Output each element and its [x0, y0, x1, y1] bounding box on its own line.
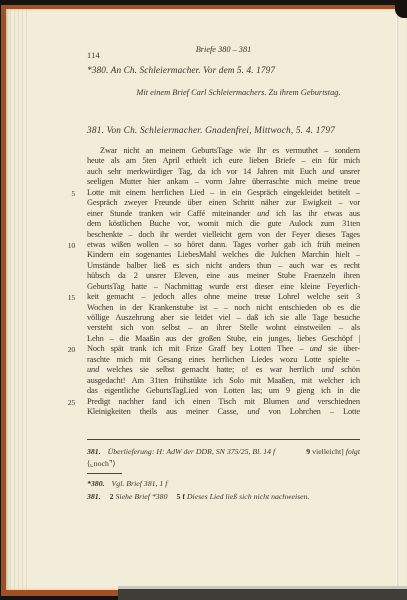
body-line-text: WocheninderKrankenstubeist––nochnichtent… [87, 303, 360, 313]
line-number: 20 [61, 345, 75, 355]
body-line-text: KinderneinsogenantesLiebesMahlwelchesdie… [87, 250, 360, 260]
body-line-text: seeligenMutterhierankam–vormJahreüberras… [87, 177, 360, 187]
body-line: verstehtsichvonselbst–anihrerStellewohnt… [87, 323, 360, 333]
body-line-text: ZwarnichtanmeinemGeburtsTagewieIhresverm… [100, 146, 360, 156]
body-line: heutealsam5tenAprilerhielticheureliebenB… [87, 156, 360, 166]
body-line-text: raschtemichmitGesangeinesherrlichenLiede… [87, 355, 360, 365]
body-line-text: hübschda2unsrerEleven,eineausmeinerStube… [87, 271, 360, 281]
body-line: GesprächzweyerFreundeübereinenSchrittnäh… [87, 198, 360, 208]
footnote-380: *380.Vgl. Brief 381, 1 f [87, 478, 360, 489]
page-header: 114 Briefe 380 – 381 [87, 45, 360, 57]
line-number: 10 [61, 241, 75, 251]
letter-380-subtitle-row: Mit einem Brief Carl Schleiermachers. Zu… [87, 88, 360, 97]
body-line: daseigentlicheGeburtsTagLiedvonLottenlas… [87, 386, 360, 396]
footnote-segment: 381. [87, 446, 101, 457]
body-line: demköstlichenBuchevor,womitmichdieguteAu… [87, 219, 360, 229]
page-gutter-line [396, 9, 397, 586]
body-line: undwelchessieselbstgemachthatte;o!eswarh… [87, 365, 360, 375]
footnote-segment: folgt [346, 446, 360, 457]
body-line: raschtemichmitGesangeinesherrlichenLiede… [87, 355, 360, 365]
body-line-text: Umständehalberließessichnichtandersthun–… [87, 261, 360, 271]
body-text: ZwarnichtanmeinemGeburtsTagewieIhresverm… [87, 146, 360, 417]
body-line: KleinigkeitentheilsausmeinerCasse,undvon… [87, 407, 360, 417]
body-line: völligeAuszehrungabersieleidetviel–daßic… [87, 313, 360, 323]
page-edge-stack [6, 9, 30, 590]
body-line-text: ausgedacht!Am31tenfrühstükteichSolomitMa… [87, 376, 360, 386]
running-head: Briefe 380 – 381 [87, 45, 360, 54]
line-number: 25 [61, 398, 75, 408]
body-line-text: KleinigkeitentheilsausmeinerCasse,undvon… [87, 407, 360, 417]
letter-380-heading: *380. An Ch. Schleiermacher. Vor dem 5. … [87, 66, 360, 76]
body-line: auchsehrmerkwürdigerTag,daichvor14Jahren… [87, 167, 360, 177]
footnote-segment: Vgl. Brief 381, 1 f [112, 478, 168, 489]
apparatus-rule [87, 439, 360, 440]
footnote-segment: 381. [87, 491, 101, 502]
letter-380-subtitle: Mit einem Brief Carl Schleiermachers. Zu… [117, 88, 360, 97]
footnote-381: 381.2 Siehe Brief *3805 f Dieses Lied li… [87, 491, 360, 502]
body-line: 10etwaswißenwollen–sohöretdann.Tagesvorh… [87, 240, 360, 250]
body-line-text: etwaswißenwollen–sohöretdann.Tagesvorher… [87, 240, 360, 250]
body-line-text: undwelchessieselbstgemachthatte;o!eswarh… [87, 365, 360, 375]
letter-381-heading: 381. Von Ch. Schleiermacher. Gnadenfrei,… [87, 126, 360, 136]
body-line: 25PredigtnachherfandicheinenTischmitBlum… [87, 397, 360, 407]
body-line-text: auchsehrmerkwürdigerTag,daichvor14Jahren… [87, 167, 360, 177]
body-line-text: daseigentlicheGeburtsTagLiedvonLottenlas… [87, 386, 360, 396]
footnote-separator-rule [87, 473, 122, 474]
body-line: Umständehalberließessichnichtandersthun–… [87, 261, 360, 271]
footnote-segment: 5 f [176, 491, 184, 502]
body-line-text: keitgemacht–jedochallesohnemeinetreueLoh… [87, 292, 360, 302]
body-line-text: verstehtsichvonselbst–anihrerStellewohnt… [87, 323, 360, 333]
line-number: 5 [61, 189, 75, 199]
body-line: ZwarnichtanmeinemGeburtsTagewieIhresverm… [87, 146, 360, 156]
body-line: 15keitgemacht–jedochallesohnemeinetreueL… [87, 292, 360, 302]
top-right-shadow [395, 0, 407, 18]
book-photo: 114 Briefe 380 – 381 *380. An Ch. Schlei… [0, 0, 407, 600]
body-line-text: völligeAuszehrungabersieleidetviel–daßic… [87, 313, 360, 323]
bottom-table-shadow [118, 589, 407, 600]
footnote-segment: *380. [87, 478, 105, 489]
body-line: GeburtsTaghatte–Nachmittagwurdeerstdiese… [87, 282, 360, 292]
body-line: seeligenMutterhierankam–vormJahreüberras… [87, 177, 360, 187]
apparatus-entry-continuation: ⟨⌞noch⌝⟩ [87, 458, 360, 469]
body-line: ausgedacht!Am31tenfrühstükteichSolomitMa… [87, 376, 360, 386]
footnote-segment: ⟨⌞noch⌝⟩ [87, 458, 116, 469]
body-line: Lehn–dieMaaßinausdergroßenStube,einjunge… [87, 334, 360, 344]
body-line-text: PredigtnachherfandicheinenTischmitBlumen… [87, 397, 360, 407]
body-line: 5LottemiteinemherrlichenLied–ineinGesprä… [87, 188, 360, 198]
body-line-text: demköstlichenBuchevor,womitmichdieguteAu… [87, 219, 360, 229]
body-line-text: LottemiteinemherrlichenLied–ineinGespräc… [87, 188, 360, 198]
body-line-text: NochspättrankichmitFrizeGraffbeyLottenTh… [87, 344, 360, 354]
body-line: 20NochspättrankichmitFrizeGraffbeyLotten… [87, 344, 360, 354]
body-line: WocheninderKrankenstubeist––nochnichtent… [87, 303, 360, 313]
body-line: hübschda2unsrerEleven,eineausmeinerStube… [87, 271, 360, 281]
body-line: KinderneinsogenantesLiebesMahlwelchesdie… [87, 250, 360, 260]
footnote-segment: Siehe Brief *380 [114, 491, 168, 502]
body-line-text: Lehn–dieMaaßinausdergroßenStube,einjunge… [87, 334, 360, 344]
body-line-text: GeburtsTaghatte–Nachmittagwurdeerstdiese… [87, 282, 360, 292]
body-line: beschenkte–dochihrwerdetvielleichtgernvo… [87, 230, 360, 240]
body-line-text: einerStundetrankenwirCaffémiteinanderund… [87, 209, 360, 219]
body-line-text: GesprächzweyerFreundeübereinenSchrittnäh… [87, 198, 360, 208]
body-line-text: beschenkte–dochihrwerdetvielleichtgernvo… [87, 230, 360, 240]
line-number: 15 [61, 293, 75, 303]
footnote-segment: Überlieferung: H: AdW der DDR, SN 375/25… [108, 446, 275, 457]
body-line: einerStundetrankenwirCaffémiteinanderund… [87, 209, 360, 219]
footnote-segment: vielleicht] [312, 446, 346, 457]
body-line-text: heutealsam5tenAprilerhielticheureliebenB… [87, 156, 360, 166]
footnote-segment: Dieses Lied ließ sich nicht nachweisen. [185, 491, 310, 502]
apparatus-entry-overlieferung: 381.Überlieferung: H: AdW der DDR, SN 37… [87, 446, 360, 457]
